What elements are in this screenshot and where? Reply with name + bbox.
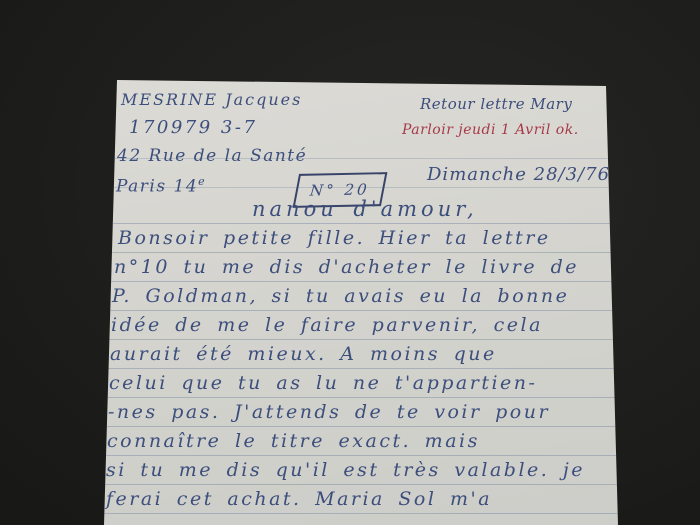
- sender-city: Paris 14e: [116, 175, 206, 197]
- sender-city-ordinal: e: [198, 175, 206, 188]
- body-line: P. Goldman, si tu avais eu la bonne: [102, 283, 624, 311]
- body-line: aurait été mieux. A moins que: [102, 341, 622, 369]
- body-line: n°10 tu me dis d'acheter le livre de: [102, 254, 626, 282]
- body-line: -nes pas. J'attends de te voir pour: [102, 399, 620, 427]
- photo-background: MESRINE Jacques 170979 3-7 42 Rue de la …: [0, 0, 700, 525]
- body-line: Bonsoir petite fille. Hier ta lettre: [102, 225, 630, 253]
- letter-paper: MESRINE Jacques 170979 3-7 42 Rue de la …: [0, 0, 700, 525]
- sender-name: MESRINE Jacques: [121, 90, 302, 109]
- sender-city-text: Paris 14: [116, 177, 198, 197]
- body-line: idée de me le faire parvenir, cela: [102, 312, 623, 340]
- body-line: si tu me dis qu'il est très valable. je: [102, 457, 618, 485]
- body-line: ferai cet achat. Maria Sol m'a: [102, 486, 618, 514]
- salutation-line: nanou d'amour,: [102, 196, 700, 224]
- body-line: connaître le titre exact. mais: [102, 428, 619, 456]
- letter-date: Dimanche 28/3/76: [427, 164, 610, 185]
- sender-address: 42 Rue de la Santé: [117, 146, 307, 166]
- body-line: celui que tu as lu ne t'appartien-: [102, 370, 621, 398]
- sender-prisoner-number: 170979 3-7: [129, 117, 257, 138]
- return-letter-note: Retour lettre Mary: [420, 95, 572, 113]
- parloir-note: Parloir jeudi 1 Avril ok.: [402, 122, 579, 138]
